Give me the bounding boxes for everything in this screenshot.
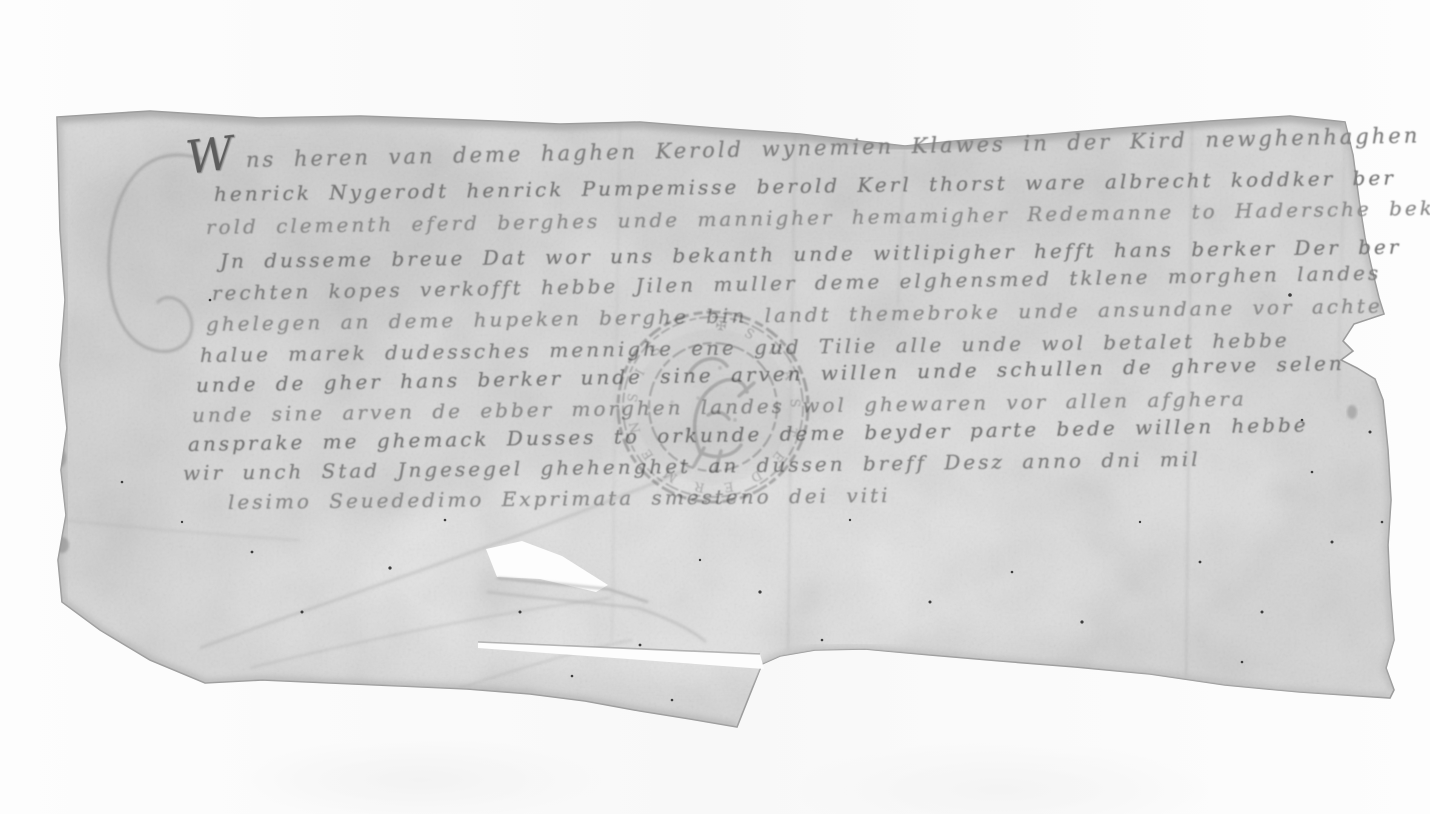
- parchment-sheet: [0, 0, 1430, 814]
- scan-background: W ns heren van deme haghen Kerold wynemi…: [0, 0, 1430, 814]
